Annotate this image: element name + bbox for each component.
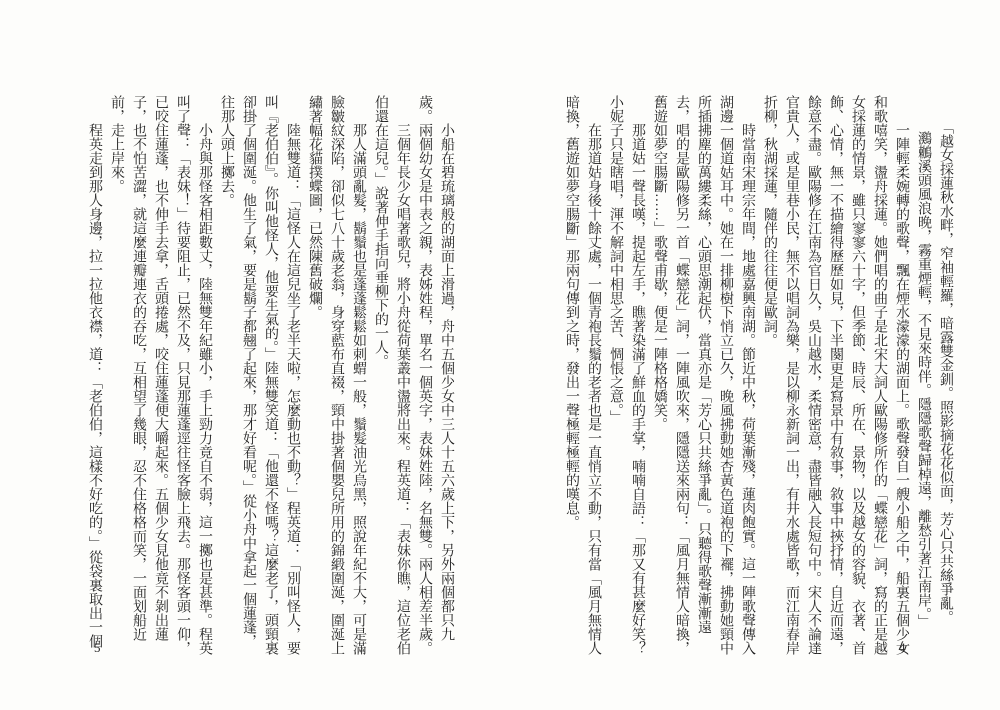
page-number-left: 5 [94,640,101,656]
paragraph: 三個年長少女唱著歌兒，將小舟從荷葉叢中盪將出來。程英道：「表妹你瞧，這位老伯伯還… [369,95,413,655]
paragraph: 在那道姑身後十餘丈處，一個青袍長鬚的老者也是一直悄立不動，只有當「風月無情人暗換… [560,95,604,655]
poem-stanza-1: 「越女採蓮秋水畔，窄袖輕羅，暗露雙金釧。照影摘花花似面，芳心只共絲爭亂。 [934,95,956,655]
page-4: 「越女採蓮秋水畔，窄袖輕羅，暗露雙金釧。照影摘花花似面，芳心只共絲爭亂。 鸂鶒溪… [500,0,1000,710]
paragraph: 程英走到那人身邊，拉一拉他衣襟，道：「老伯伯，這樣不好吃的。」從袋裏取出一個 [83,95,105,655]
page-4-text-block: 「越女採蓮秋水畔，窄袖輕羅，暗露雙金釧。照影摘花花似面，芳心只共絲爭亂。 鸂鶒溪… [560,95,956,655]
paragraph: 一陣輕柔婉轉的歌聲，飄在煙水濛濛的湖面上。歌聲發自一艘小船之中，船裏五個少女和歌… [758,95,912,655]
paragraph: 小舟與那怪客相距數丈，陸無雙年紀雖小，手上勁力竟自不弱，這一擲也是甚準。程英叫了… [105,95,215,655]
paragraph: 時當南宋理宗年間，地處嘉興南湖。節近中秋，荷葉漸殘，蓮肉飽實。這一陣歌聲傳入湖邊… [648,95,758,655]
paragraph: 陸無雙道：「這怪人在這兒坐了老半天啦，怎麼動也不動？」程英道：「別叫怪人，要叫『… [215,95,303,655]
book-spread: 「越女採蓮秋水畔，窄袖輕羅，暗露雙金釧。照影摘花花似面，芳心只共絲爭亂。 鸂鶒溪… [0,0,1000,710]
page-5: 小船在碧琉璃般的湖面上滑過，舟中五個少女中三人十五六歲上下，另外兩個都只九歲。兩… [0,0,500,710]
page-number-right: 4 [899,640,906,656]
paragraph: 那人滿頭亂髮，鬍鬚也是蓬蓬鬆鬆如刺蝟一般，鬚髮油光烏黑，照說年紀不大，可是滿臉皺… [303,95,369,655]
page-5-text-block: 小船在碧琉璃般的湖面上滑過，舟中五個少女中三人十五六歲上下，另外兩個都只九歲。兩… [83,95,457,655]
paragraph: 那道姑一聲長嘆，提起左手，瞧著染滿了鮮血的手掌，喃喃自語：「那又有甚麼好笑？小妮… [604,95,648,655]
paragraph: 小船在碧琉璃般的湖面上滑過，舟中五個少女中三人十五六歲上下，另外兩個都只九歲。兩… [413,95,457,655]
poem-stanza-2: 鸂鶒溪頭風浪晚，霧重煙輕，不見來時伴。隱隱歌聲歸棹遠，離愁引著江南岸。」 [912,95,934,655]
